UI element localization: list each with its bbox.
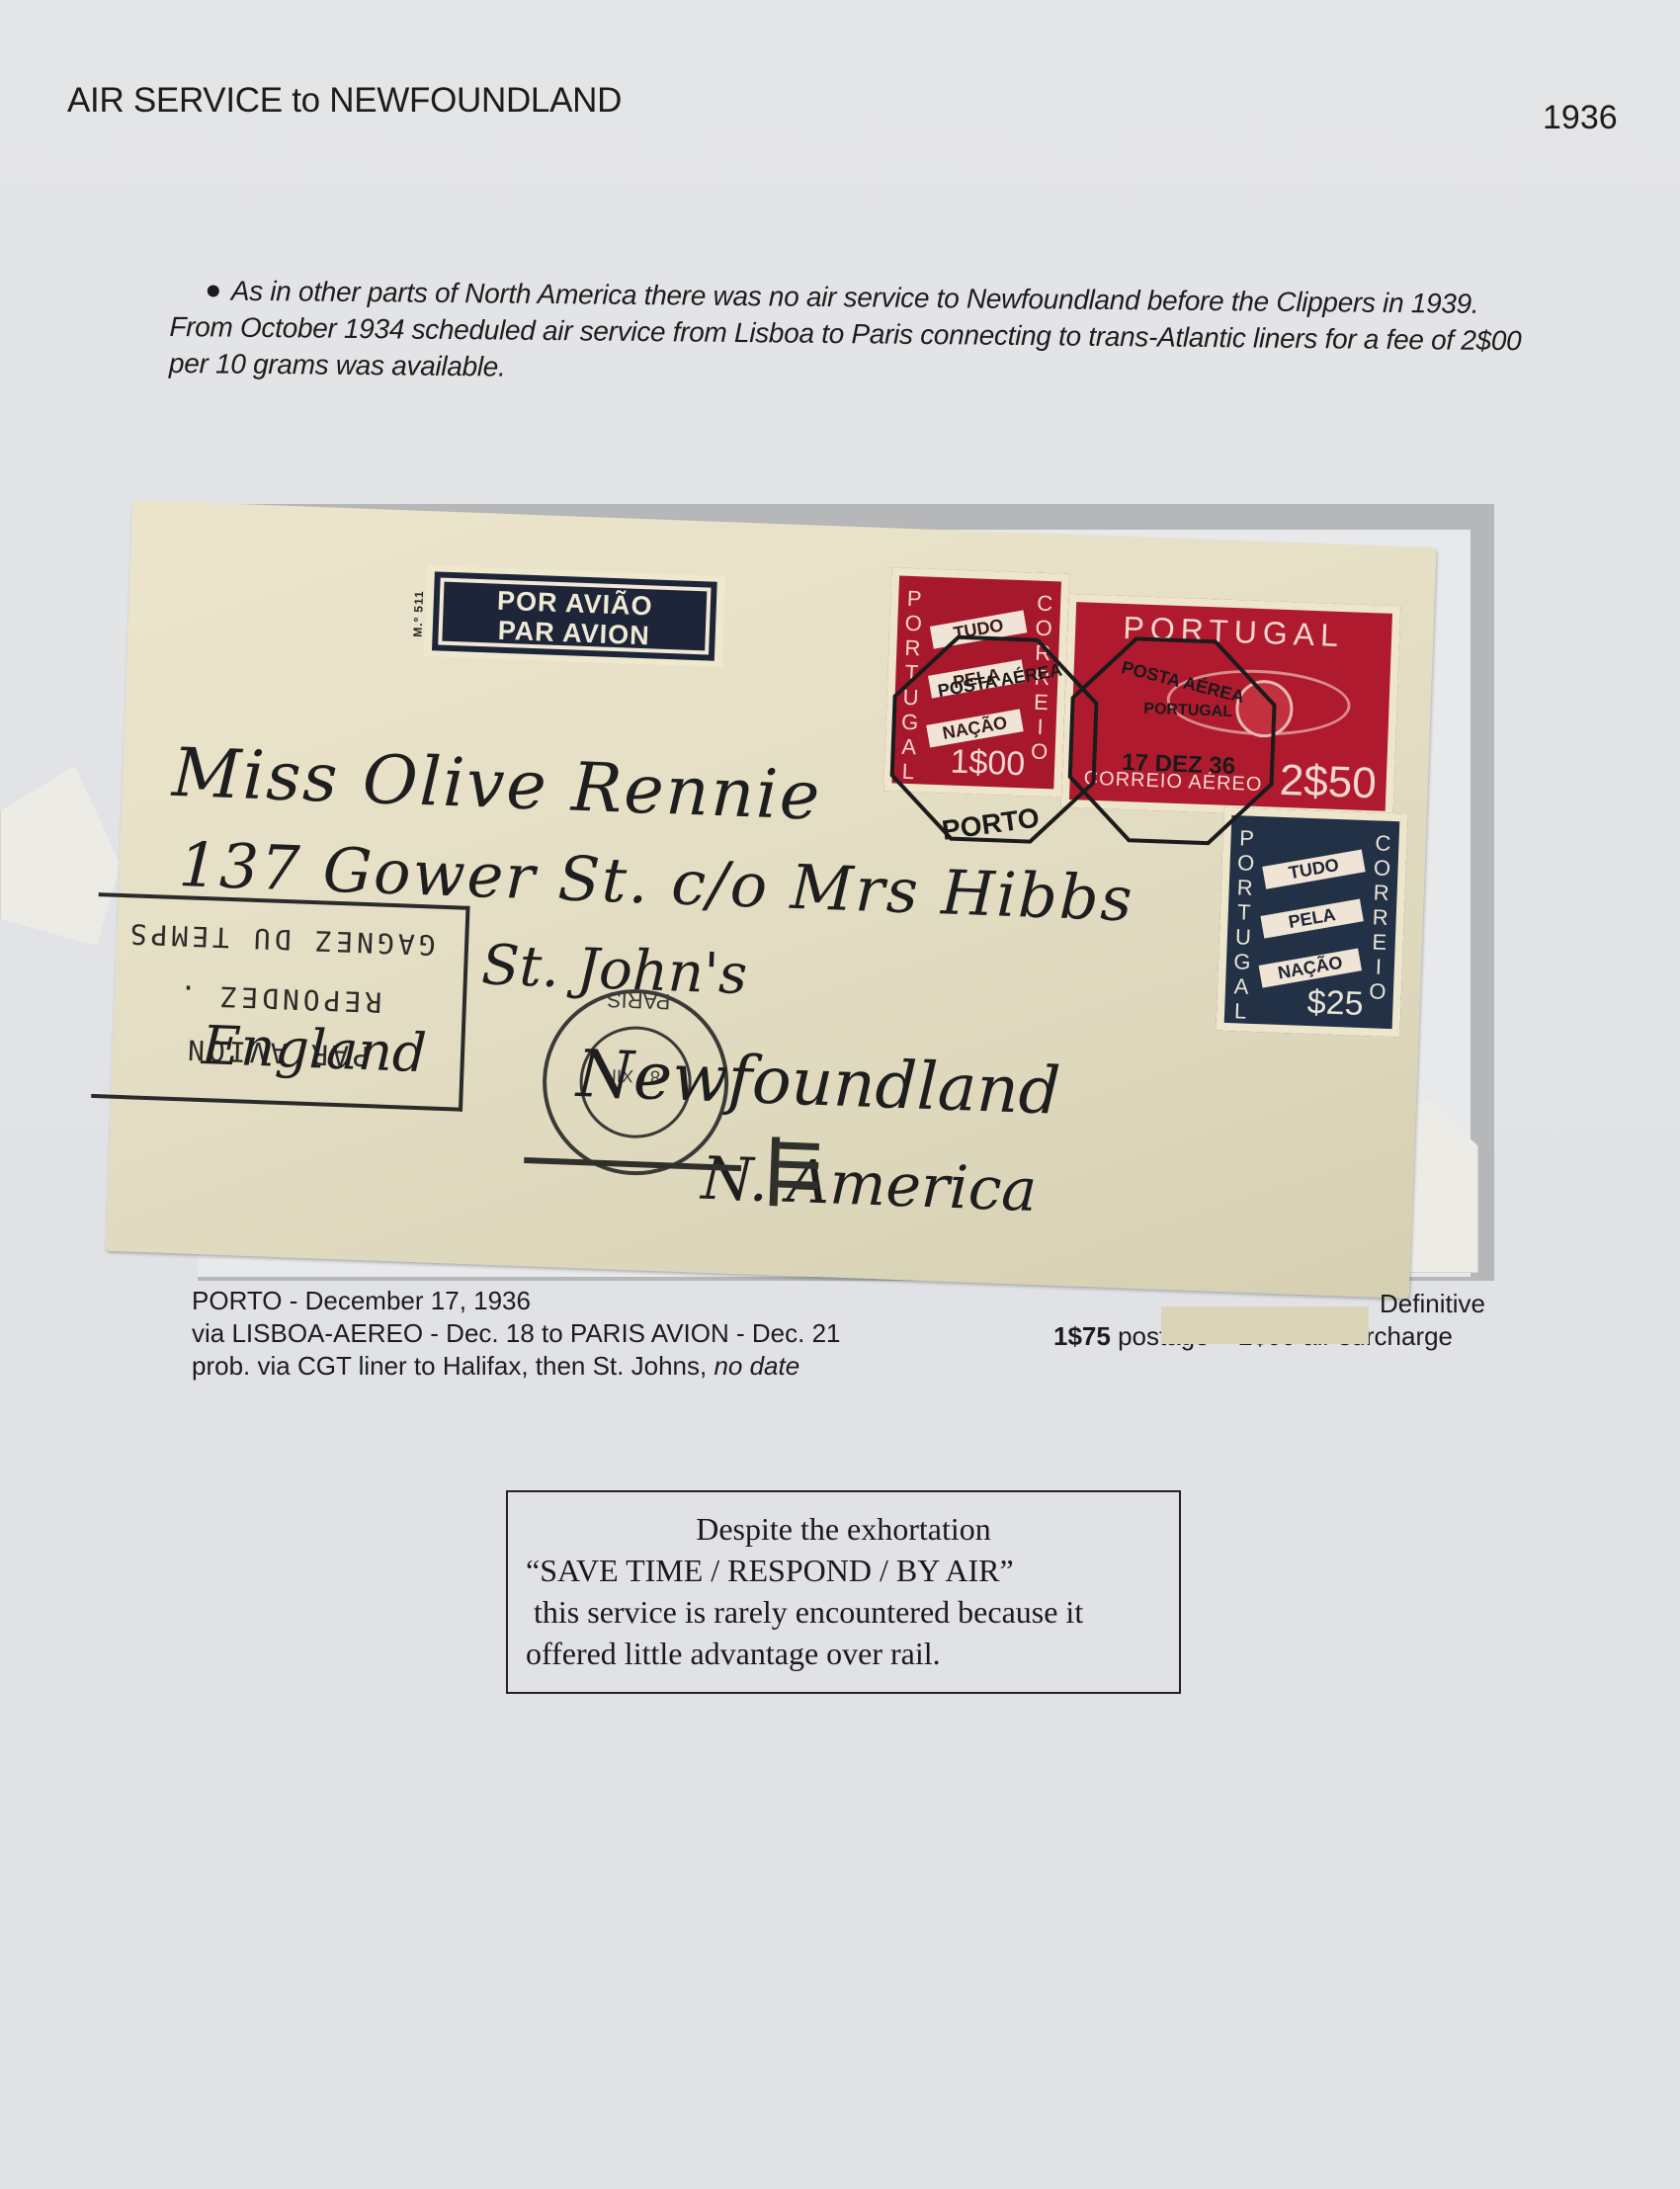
reply-cachet: PAR AVION REPONDEZ . GAGNEZ DU TEMPS Eng… <box>91 892 469 1112</box>
caption-no-date: no date <box>714 1351 799 1381</box>
stamp-banner: TUDO <box>1262 850 1365 889</box>
intro-text: As in other parts of North America there… <box>169 276 1522 382</box>
caption-definitive: Definitive <box>1380 1289 1485 1319</box>
cachet-handwriting: England <box>201 1014 428 1084</box>
bullet-icon <box>208 285 219 296</box>
stamp-banner: PELA <box>1260 898 1363 938</box>
air-mail-label: POR AVIÃO PAR AVION <box>424 565 725 667</box>
stamp-value: $25 <box>1306 983 1364 1024</box>
label-text: POR AVIÃO PAR AVION <box>438 578 711 655</box>
caption-postage-amount: 1$75 <box>1053 1321 1111 1351</box>
caption-destination-text: prob. via CGT liner to Halifax, then St.… <box>192 1351 714 1381</box>
porto-postmark-2 <box>1059 629 1285 854</box>
address-line-3: St. John's <box>480 933 748 1007</box>
note-line-1: Despite the exhortation <box>508 1508 1179 1550</box>
page-year: 1936 <box>1543 99 1618 137</box>
stamp-banner: NAÇÃO <box>1259 948 1362 987</box>
postmark-line2: PORTUGAL <box>1143 701 1232 721</box>
cachet-line-3: GAGNEZ DU TEMPS <box>107 916 456 962</box>
stamp-country: PORTUGAL <box>1230 825 1257 1024</box>
cover-caption-left: PORTO - December 17, 1936 via LISBOA-AER… <box>192 1285 841 1383</box>
stamp-value: 2$50 <box>1279 756 1378 809</box>
cachet-line-2: REPONDEZ . <box>105 975 454 1021</box>
caption-destination: prob. via CGT liner to Halifax, then St.… <box>192 1350 841 1383</box>
postmark-date: 17 DEZ 36 <box>1122 749 1236 781</box>
note-line-3: this service is rarely encountered becau… <box>526 1591 1179 1633</box>
airmail-cover: M.º 511 POR AVIÃO PAR AVION PORTUGAL COR… <box>106 500 1437 1299</box>
intro-paragraph: As in other parts of North America there… <box>169 272 1534 395</box>
note-box: Despite the exhortation “SAVE TIME / RES… <box>506 1490 1181 1694</box>
label-border: POR AVIÃO PAR AVION <box>432 571 717 660</box>
note-line-2: “SAVE TIME / RESPOND / BY AIR” <box>526 1550 1179 1591</box>
envelope-overlap <box>1161 1306 1369 1344</box>
slogan-cancel-bars <box>523 1128 900 1211</box>
caption-route: via LISBOA-AEREO - Dec. 18 to PARIS AVIO… <box>192 1317 841 1350</box>
caption-origin: PORTO - December 17, 1936 <box>192 1285 841 1317</box>
page-title: AIR SERVICE to NEWFOUNDLAND <box>67 81 622 121</box>
address-line-1: Miss Olive Rennie <box>171 734 823 836</box>
stamp-side-text: CORREIO <box>1368 830 1393 1004</box>
note-line-4: offered little advantage over rail. <box>526 1633 1179 1674</box>
